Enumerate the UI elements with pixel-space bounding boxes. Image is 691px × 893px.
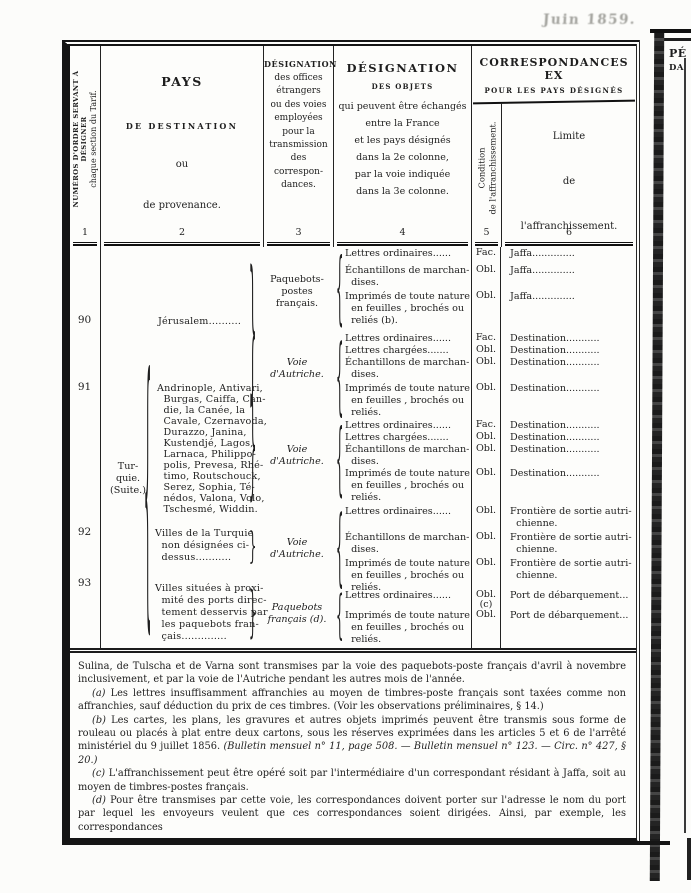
limite-cell: Frontière de sortie autri- chienne. [510,506,634,530]
column-rule [73,242,97,246]
scanned-tariff-page: Juin 1859. NUMÉROS D'ORDRE SERVANT À DÉS… [0,0,691,893]
objet-cell: Lettres ordinaires...... [345,420,477,432]
rotated-header-condition: Condition de l'affranchissement. [476,107,497,229]
condition-cell: Obl. [471,265,501,275]
footnote-a: (a) Les lettres insuffisamment affranchi… [78,687,626,714]
limite-cell: Frontière de sortie autri- chienne. [510,532,634,556]
limite-cell: Jaffa.............. [510,248,634,260]
correspondances-title: CORRESPONDANCES EX [472,56,636,82]
header-col-pays: PAYS DE DESTINATION ou de provenance. [101,46,264,232]
footnotes-section: Sulina, de Tulscha et de Varna sont tran… [70,648,636,838]
footnote-continuation: Sulina, de Tulscha et de Varna sont tran… [78,660,626,687]
voie-label: Paquebots- postes français. [260,274,334,310]
limite-cell: Port de débarquement... [510,610,634,622]
footnote-c: (c) L'affranchissement peut être opéré s… [78,767,626,794]
objet-cell: Imprimés de toute nature en feuilles , b… [345,383,477,419]
condition-cell: Obl. [471,345,501,355]
col-num-label: 3 [295,227,301,238]
edition-date: Juin 1859. [542,12,663,28]
condition-cell: Obl. [471,357,501,367]
col-num-label: 5 [483,227,489,238]
brace-close-icon: } [246,583,260,641]
page-bottom-rule [70,841,670,845]
adjacent-page-top-edge2 [662,38,691,41]
limite-cell: Destination........... [510,420,634,432]
header-col-condition: Condition de l'affranchissement. [472,103,502,232]
header-col-numeros: NUMÉROS D'ORDRE SERVANT À DÉSIGNER chaqu… [70,46,101,232]
column-rule [104,242,260,246]
footnote-text: L'affranchissement peut être opéré soit … [78,768,626,792]
adjacent-page-corner-mark [687,838,691,880]
limite-cell: Jaffa.............. [510,291,634,303]
brace-open-icon: { [141,338,155,642]
voie-label: Voie d'Autriche. [260,537,334,561]
pays-sub1: DE DESTINATION [101,121,263,131]
limite-cell: Destination........... [510,468,634,480]
brace-glyph: } [249,415,257,474]
brace-glyph: { [336,355,344,397]
header-col-offices: DÉSIGNATION des offices étrangers ou des… [264,46,334,232]
brace-glyph: { [336,268,344,308]
brace-glyph: } [249,598,257,626]
pays-cell: Jérusalem.......... [158,316,241,328]
col-num-label: 1 [82,227,88,238]
column-number-6: 6 [502,225,636,247]
rule-num-pays [100,247,101,648]
condition-cell: Fac. [471,420,501,430]
col-num-label: 2 [179,227,185,238]
voie-label: Voie d'Autriche. [260,357,334,381]
objet-cell: Lettres chargées....... [345,432,477,444]
offices-title: DÉSIGNATION [264,46,333,69]
voie-label: Voie d'Autriche. [260,444,334,468]
col-num-label: 6 [566,227,572,238]
condition-cell: Obl. [471,468,501,478]
correspondances-title-block: CORRESPONDANCES EX POUR LES PAYS DÉSIGNÉ… [472,46,636,103]
objet-cell: Lettres ordinaires...... [345,590,477,602]
pays-cell: Villes de la Turquie non désignées ci- d… [155,528,254,564]
voie-label: Paquebots français (d). [260,602,334,626]
limite-cell: Destination........... [510,345,634,357]
footnote-label: (d) [92,795,106,806]
tariff-table-frame: NUMÉROS D'ORDRE SERVANT À DÉSIGNER chaqu… [62,40,640,845]
rotated-header-numeros: NUMÉROS D'ORDRE SERVANT À DÉSIGNER chaqu… [72,51,98,227]
objet-cell: Lettres ordinaires...... [345,248,477,260]
limite-cell: Destination........... [510,333,634,345]
table-body: 90 91 92 93 Tur- quie. (Suite.) { Jérusa… [70,247,636,648]
footnote-d: (d) Pour être transmises par cette voie,… [78,794,626,834]
objet-cell: Lettres chargées....... [345,345,477,357]
column-rule [267,242,330,246]
page-binding-strip [650,33,664,881]
brace-glyph: } [249,291,257,369]
column-number-strip: 1 2 3 4 5 6 [70,225,636,247]
limite-cell: Destination........... [510,432,634,444]
header-group-correspondances: CORRESPONDANCES EX POUR LES PAYS DÉSIGNÉ… [472,46,636,232]
column-number-3: 3 [264,225,334,247]
brace-glyph: { [336,526,344,568]
brace-glyph: { [336,602,344,628]
objet-cell: Échantillons de marchan- dises. [345,265,477,289]
limite-cell: Destination........... [510,383,634,395]
limite-line1: Limite [502,103,636,142]
footnote-text: Pour être transmises par cette voie, les… [78,795,626,833]
objet-cell: Lettres ordinaires...... [345,506,477,518]
objet-cell: Imprimés de toute nature en feuilles , b… [345,291,477,327]
pays-title: PAYS [101,46,263,89]
numeros-line1: NUMÉROS D'ORDRE SERVANT À DÉSIGNER [72,51,88,227]
limite-cell: Destination........... [510,444,634,456]
row-number: 92 [70,526,99,538]
brace-close-icon: } [246,527,260,565]
condition-cell: Obl. [471,432,501,442]
header-col-limite: Limite de l'affranchissement. [502,103,636,232]
objets-lines: qui peuvent être échangés entre la Franc… [334,98,471,200]
adjacent-page-fragment: DA [669,63,684,73]
numeros-line2: chaque section du Tarif. [89,51,98,227]
brace-glyph: { [144,417,152,563]
brace-glyph: } [249,537,257,555]
footnote-label: (c) [92,768,105,779]
column-number-4: 4 [334,225,472,247]
objet-cell: Échantillons de marchan- dises. [345,532,477,556]
footnote-label: (b) [92,715,106,726]
column-number-2: 2 [101,225,264,247]
row-number: 93 [70,577,99,589]
condition-cell: Fac. [471,333,501,343]
column-number-5: 5 [472,225,502,247]
brace-close-icon: } [246,383,260,505]
row-number: 90 [70,314,99,326]
condition-cell: Obl. [471,291,501,301]
brace-glyph: { [336,439,344,479]
objet-cell: Lettres ordinaires...... [345,333,477,345]
column-number-1: 1 [70,225,101,247]
objet-cell: Imprimés de toute nature en feuilles , b… [345,610,477,646]
header-col-objets: DÉSIGNATION DES OBJETS qui peuvent être … [334,46,472,232]
table-header: NUMÉROS D'ORDRE SERVANT À DÉSIGNER chaqu… [70,46,636,225]
limite-cell: Jaffa.............. [510,265,634,277]
offices-lines: des offices étrangers ou des voies emplo… [264,72,333,193]
pays-sub2: ou [101,159,263,170]
condition-cell: Obl. [471,444,501,454]
limite-line2: de [502,176,636,187]
col-num-label: 4 [399,227,405,238]
footnote-label: (a) [92,688,106,699]
condition-cell: Obl. (c) [471,590,501,610]
adjacent-page-rule [684,58,686,833]
objet-cell: Échantillons de marchan- dises. [345,357,477,381]
objet-cell: Imprimés de toute nature en feuilles , b… [345,558,477,594]
objet-cell: Imprimés de toute nature en feuilles , b… [345,468,477,504]
objets-subtitle: DES OBJETS [334,82,471,91]
row-number: 91 [70,381,99,393]
condition-cell: Obl. [471,383,501,393]
condition-cell: Obl. [471,558,501,568]
correspondances-subcolumns: Condition de l'affranchissement. Limite … [472,103,636,232]
objet-cell: Échantillons de marchan- dises. [345,444,477,468]
pays-sub3: de provenance. [101,200,263,211]
objets-title: DÉSIGNATION [334,46,471,75]
limite-cell: Destination........... [510,357,634,369]
column-rule [475,242,498,246]
footnote-text: Les lettres insuffisamment affranchies a… [78,688,626,712]
condition-cell: Obl. [471,610,501,620]
column-rule [337,242,468,246]
condition-cell: Obl. [471,532,501,542]
condition-cell: Obl. [471,506,501,516]
limite-cell: Frontière de sortie autri- chienne. [510,558,634,582]
adjacent-page-fragment: PÉ [669,47,687,60]
footnote-b: (b) Les cartes, les plans, les gravures … [78,714,626,768]
condition-cell: Fac. [471,248,501,258]
limite-cell: Port de débarquement... [510,590,634,602]
column-rule [505,242,633,246]
correspondances-subtitle: POUR LES PAYS DÉSIGNÉS [472,86,636,95]
